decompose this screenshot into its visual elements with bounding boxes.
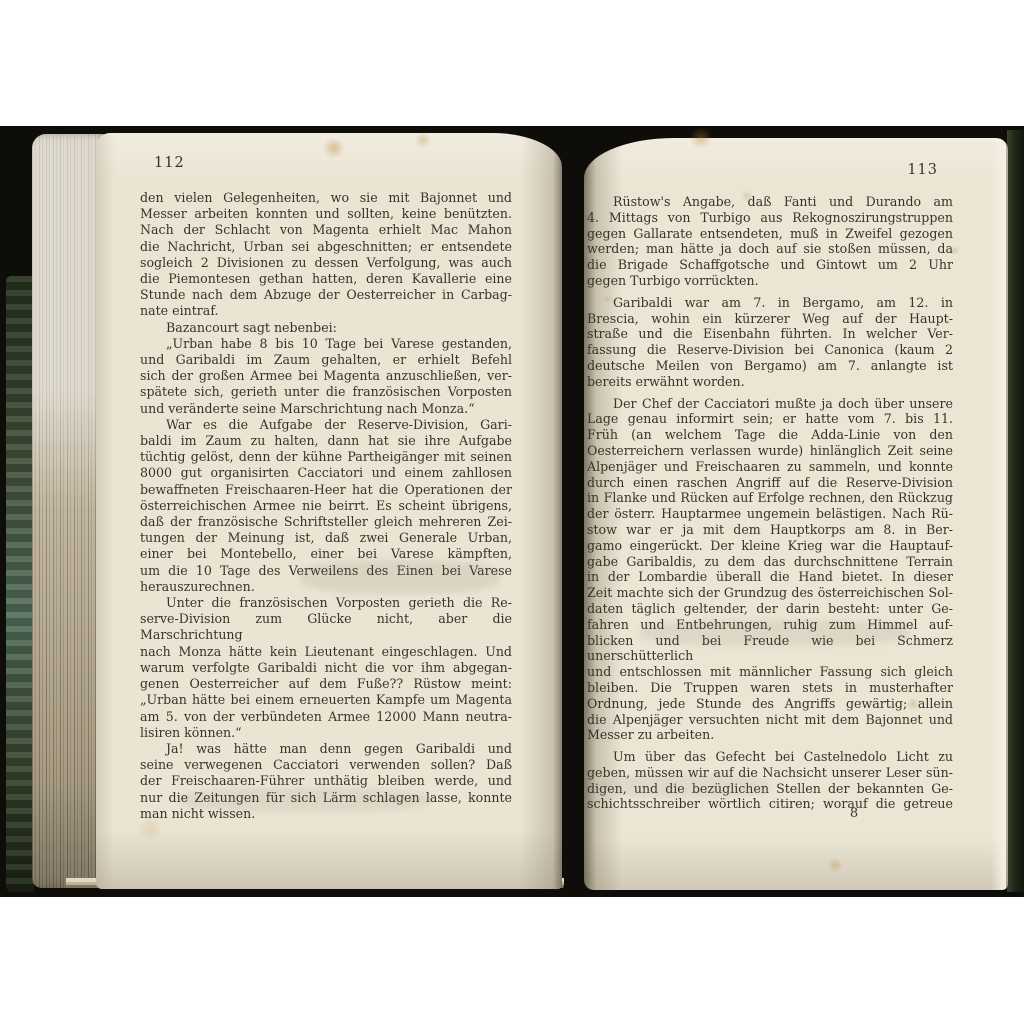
- text-line: nach Monza hätte kein Lieutenant eingesc…: [140, 644, 512, 660]
- text-line: herauszurechnen.: [140, 579, 512, 595]
- text-line: tüchtig gelöst, denn der kühne Partheigä…: [140, 449, 512, 465]
- text-line: werden; man hätte ja doch auf sie stoßen…: [587, 241, 953, 257]
- text-line: einer bei Montebello, einer bei Varese k…: [140, 546, 512, 562]
- text-line: spätete sich, gerieth unter die französi…: [140, 384, 512, 400]
- right-page: 113 Rüstow's Angabe, daß Fanti und Duran…: [584, 138, 1008, 890]
- text-line: geben, müssen wir auf die Nachsicht unse…: [587, 765, 953, 781]
- text-line: gegen Turbigo vorrückten.: [587, 273, 953, 289]
- text-line: „Urban habe 8 bis 10 Tage bei Varese ges…: [140, 336, 512, 352]
- text-line: Stunde nach dem Abzuge der Oesterreicher…: [140, 287, 512, 303]
- paragraph: Der Chef der Cacciatori mußte ja doch üb…: [587, 396, 953, 744]
- text-line: sogleich 2 Divisionen zu dessen Verfolgu…: [140, 255, 512, 271]
- screenshot-canvas: 112 den vielen Gelegenheiten, wo sie mit…: [0, 0, 1024, 1024]
- text-line: Früh (an welchem Tage die Adda-Linie von…: [587, 427, 953, 443]
- text-line: schichtsschreiber wörtlich citiren; wora…: [587, 796, 953, 812]
- signature-mark: 8: [839, 806, 869, 821]
- left-page: 112 den vielen Gelegenheiten, wo sie mit…: [96, 133, 562, 889]
- text-line: Rüstow's Angabe, daß Fanti und Durando a…: [587, 194, 953, 210]
- text-line: Unter die französischen Vorposten geriet…: [140, 595, 512, 611]
- right-page-text-block: Rüstow's Angabe, daß Fanti und Durando a…: [587, 194, 953, 812]
- text-line: in Flanke und Rücken auf Erfolge rechnen…: [587, 490, 953, 506]
- text-line: deutsche Meilen von Bergamo) am 7. anlan…: [587, 358, 953, 374]
- text-line: Messer zu arbeiten.: [587, 727, 953, 743]
- text-line: bewaffneten Freischaaren-Heer hat die Op…: [140, 482, 512, 498]
- text-line: fahren und Entbehrungen, ruhig zum Himme…: [587, 617, 953, 633]
- text-line: man nicht wissen.: [140, 806, 512, 822]
- paragraph: War es die Aufgabe der Reserve-Division,…: [140, 417, 512, 595]
- text-line: den vielen Gelegenheiten, wo sie mit Baj…: [140, 190, 512, 206]
- text-line: Um über das Gefecht bei Castelnedolo Lic…: [587, 749, 953, 765]
- text-line: gabe Garibaldis, zu dem das durchschnitt…: [587, 554, 953, 570]
- text-line: österreichischen Armee nie beirrt. Es sc…: [140, 498, 512, 514]
- text-line: daten täglich geltender, der darin beste…: [587, 601, 953, 617]
- text-line: durch einen raschen Angriff auf die Rese…: [587, 475, 953, 491]
- paragraph: den vielen Gelegenheiten, wo sie mit Baj…: [140, 190, 512, 320]
- text-line: Lage genau informirt sein; er hatte vom …: [587, 411, 953, 427]
- text-line: Oesterreichern verlassen wurde) hinlängl…: [587, 443, 953, 459]
- text-line: serve-Division zum Glücke nicht, aber di…: [140, 611, 512, 643]
- text-line: der österr. Hauptarmee ungemein belästig…: [587, 506, 953, 522]
- text-line: „Urban hätte bei einem erneuerten Kampfe…: [140, 692, 512, 708]
- text-line: baldi im Zaum zu halten, dann hat sie ih…: [140, 433, 512, 449]
- text-line: der Freischaaren-Führer unthätig bleiben…: [140, 773, 512, 789]
- text-line: die Alpenjäger versuchten nicht mit dem …: [587, 712, 953, 728]
- text-line: digen, und die bezüglichen Stellen der b…: [587, 781, 953, 797]
- paragraph: Garibaldi war am 7. in Bergamo, am 12. i…: [587, 295, 953, 390]
- text-line: fassung die Reserve-Division bei Canonic…: [587, 342, 953, 358]
- text-line: Bazancourt sagt nebenbei:: [140, 320, 512, 336]
- text-line: sich der großen Armee bei Magenta anzusc…: [140, 368, 512, 384]
- paragraph: „Urban habe 8 bis 10 Tage bei Varese ges…: [140, 336, 512, 417]
- paragraph: Bazancourt sagt nebenbei:: [140, 320, 512, 336]
- text-line: Ordnung, jede Stunde des Angriffs gewärt…: [587, 696, 953, 712]
- text-line: lisiren können.“: [140, 725, 512, 741]
- text-line: War es die Aufgabe der Reserve-Division,…: [140, 417, 512, 433]
- text-line: bleiben. Die Truppen waren stets in must…: [587, 680, 953, 696]
- text-line: Garibaldi war am 7. in Bergamo, am 12. i…: [587, 295, 953, 311]
- paragraph: Rüstow's Angabe, daß Fanti und Durando a…: [587, 194, 953, 289]
- text-line: 8000 gut organisirten Cacciatori und ein…: [140, 465, 512, 481]
- text-line: stow war er ja mit dem Hauptkorps am 8. …: [587, 522, 953, 538]
- paragraph: Um über das Gefecht bei Castelnedolo Lic…: [587, 749, 953, 812]
- text-line: gegen Gallarate entsendeten, muß in Zwei…: [587, 226, 953, 242]
- text-line: und entschlossen mit männlicher Fassung …: [587, 664, 953, 680]
- text-line: straße und die Eisenbahn führten. In wel…: [587, 326, 953, 342]
- text-line: bereits erwähnt worden.: [587, 374, 953, 390]
- text-line: blicken und bei Freude wie bei Schmerz u…: [587, 633, 953, 665]
- text-line: Der Chef der Cacciatori mußte ja doch üb…: [587, 396, 953, 412]
- book-cover-right-edge: [1007, 130, 1024, 892]
- text-line: gamo eingerückt. Der kleine Krieg war di…: [587, 538, 953, 554]
- paragraph: Unter die französischen Vorposten geriet…: [140, 595, 512, 741]
- page-number-right: 113: [907, 162, 938, 178]
- text-line: warum verfolgte Garibaldi nicht die vor …: [140, 660, 512, 676]
- text-line: die Nachricht, Urban sei abgeschnitten; …: [140, 239, 512, 255]
- text-line: am 5. von der verbündeten Armee 12000 Ma…: [140, 709, 512, 725]
- text-line: Brescia, wohin ein kürzerer Weg auf der …: [587, 311, 953, 327]
- paragraph: Ja! was hätte man denn gegen Garibaldi u…: [140, 741, 512, 822]
- text-line: Alpenjäger und Freischaaren zu sammeln, …: [587, 459, 953, 475]
- book-cover-left-edge: [6, 276, 34, 892]
- text-line: Ja! was hätte man denn gegen Garibaldi u…: [140, 741, 512, 757]
- text-line: daß der französische Schriftsteller glei…: [140, 514, 512, 530]
- text-line: seine verwegenen Cacciatori verwenden so…: [140, 757, 512, 773]
- text-line: die Piemontesen gethan hatten, deren Kav…: [140, 271, 512, 287]
- page-number-left: 112: [154, 155, 185, 171]
- text-line: die Brigade Schaffgotsche und Gintowt um…: [587, 257, 953, 273]
- text-line: in der Lombardie überall die Hand bietet…: [587, 569, 953, 585]
- text-line: um die 10 Tage des Verweilens des Einen …: [140, 563, 512, 579]
- text-line: nate eintraf.: [140, 303, 512, 319]
- text-line: Messer arbeiten konnten und sollten, kei…: [140, 206, 512, 222]
- text-line: nur die Zeitungen für sich Lärm schlagen…: [140, 790, 512, 806]
- text-line: genen Oesterreicher auf dem Fuße?? Rüsto…: [140, 676, 512, 692]
- text-line: Nach der Schlacht von Magenta erhielt Ma…: [140, 222, 512, 238]
- text-line: Zeit machte sich der Grundzug des österr…: [587, 585, 953, 601]
- text-line: und veränderte seine Marschrichtung nach…: [140, 401, 512, 417]
- text-line: und Garibaldi im Zaum gehalten, er erhie…: [140, 352, 512, 368]
- book-photo: 112 den vielen Gelegenheiten, wo sie mit…: [0, 126, 1024, 897]
- left-page-text-block: den vielen Gelegenheiten, wo sie mit Baj…: [140, 190, 512, 822]
- text-line: tungen der Meinung ist, daß zwei General…: [140, 530, 512, 546]
- text-line: 4. Mittags von Turbigo aus Rekognoszirun…: [587, 210, 953, 226]
